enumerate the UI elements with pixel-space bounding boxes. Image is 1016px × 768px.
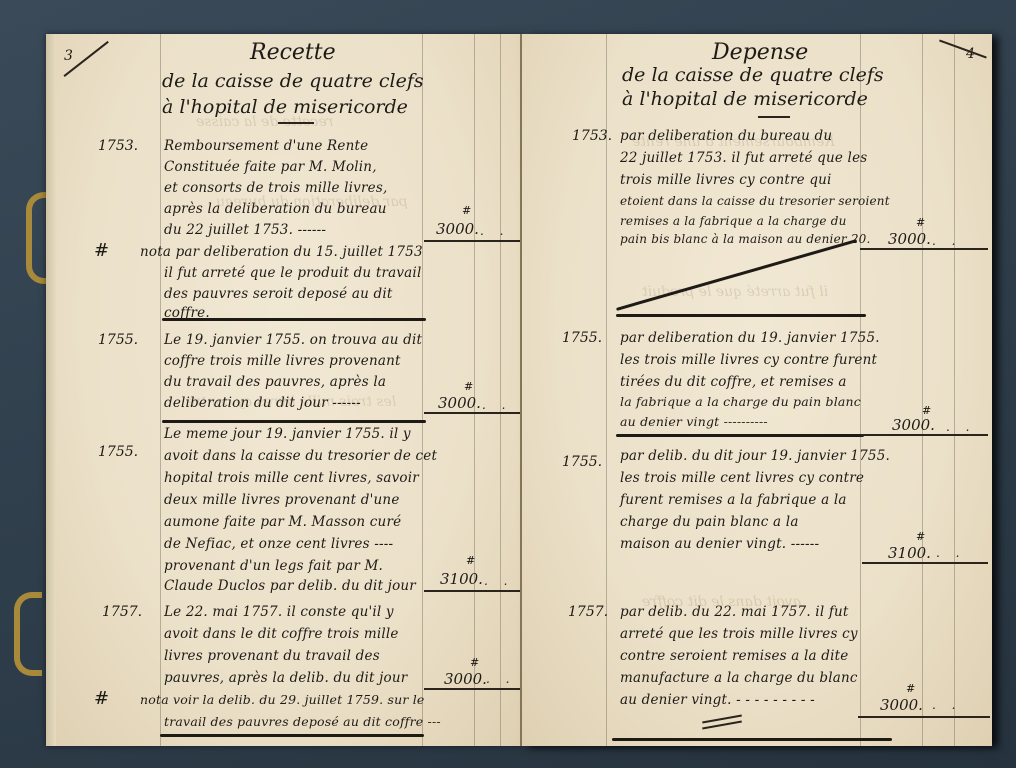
- entry-line: tirées du dit coffre, et remises a: [620, 374, 847, 390]
- page-subtitle-line-1: de la caisse de quatre clefs: [622, 64, 884, 86]
- entry-line: etoient dans la caisse du tresorier sero…: [620, 194, 890, 208]
- page-edge: [46, 34, 56, 746]
- left-page: recette de la caisse par deliberation du…: [46, 34, 522, 746]
- entry-line: Le meme jour 19. janvier 1755. il y: [164, 426, 411, 442]
- entry-line: Claude Duclos par delib. du dit jour: [164, 578, 416, 594]
- note-marker: #: [94, 688, 109, 709]
- entry-line: pauvres, après la delib. du dit jour: [164, 670, 407, 686]
- entry-amount: 3000.: [438, 394, 481, 412]
- livres-mark: #: [466, 554, 475, 567]
- amount-rule: [424, 412, 520, 414]
- livres-mark: #: [922, 404, 931, 417]
- entry-trailing-dots: . .: [946, 420, 975, 434]
- entry-line: par deliberation du 19. janvier 1755.: [620, 330, 880, 346]
- amount-column-line: [422, 34, 423, 746]
- entry-trailing-dots: . .: [482, 398, 511, 412]
- amount-column-line: [922, 34, 923, 746]
- page-title: Depense: [712, 40, 808, 65]
- note-line: il fut arreté que le produit du travail: [164, 265, 421, 281]
- amount-rule: [860, 434, 988, 436]
- entry-line: aumone faite par M. Masson curé: [164, 514, 401, 530]
- entry-line: coffre trois mille livres provenant: [164, 353, 401, 369]
- entry-line: 22 juillet 1753. il fut arreté que les: [620, 150, 867, 166]
- livres-mark: #: [464, 380, 473, 393]
- section-rule: [160, 734, 424, 737]
- entry-line: hopital trois mille cent livres, savoir: [164, 470, 419, 486]
- amount-column-line: [954, 34, 955, 746]
- entry-amount: 3000.: [436, 220, 479, 238]
- livres-mark: #: [470, 656, 479, 669]
- entry-year: 1755.: [562, 330, 602, 346]
- amount-rule: [424, 590, 520, 592]
- amount-column-line: [500, 34, 501, 746]
- page-subtitle-line-2: à l'hopital de misericorde: [622, 88, 868, 110]
- entry-line: furent remises a la fabrique a la: [620, 492, 847, 508]
- amount-rule: [424, 688, 520, 690]
- entry-line: au denier vingt. - - - - - - - - -: [620, 692, 815, 708]
- entry-line: livres provenant du travail des: [164, 648, 380, 664]
- entry-line: avoit dans la caisse du tresorier de cet: [164, 448, 437, 464]
- amount-rule: [860, 248, 988, 250]
- entry-amount: 3000.: [888, 230, 931, 248]
- entry-line: les trois mille livres cy contre furent: [620, 352, 877, 368]
- entry-year: 1755.: [98, 444, 138, 460]
- section-rule: [616, 434, 864, 437]
- entry-year: 1755.: [562, 454, 602, 470]
- livres-mark: #: [916, 216, 925, 229]
- entry-line: remises a la fabrique a la charge du: [620, 214, 847, 228]
- section-rule: [162, 420, 426, 423]
- note-line: travail des pauvres deposé au dit coffre…: [164, 714, 441, 729]
- entry-line: les trois mille cent livres cy contre: [620, 470, 864, 486]
- entry-line: manufacture a la charge du blanc: [620, 670, 858, 686]
- entry-line: par deliberation du bureau du: [620, 128, 832, 144]
- note-marker: #: [94, 240, 109, 261]
- amount-column-line: [474, 34, 475, 746]
- entry-year: 1757.: [102, 604, 142, 620]
- section-rule: [612, 738, 892, 741]
- entry-year: 1755.: [98, 332, 138, 348]
- entry-line: deux mille livres provenant d'une: [164, 492, 400, 508]
- entry-line: charge du pain blanc a la: [620, 514, 799, 530]
- entry-line: arreté que les trois mille livres cy: [620, 626, 858, 642]
- entry-line: deliberation du dit jour ------: [164, 395, 361, 411]
- livres-mark: #: [916, 530, 925, 543]
- entry-year: 1753.: [572, 128, 612, 144]
- entry-amount: 3000.: [444, 670, 487, 688]
- binding-ribbon-bottom: [14, 592, 42, 676]
- entry-line: maison au denier vingt. ------: [620, 536, 819, 552]
- livres-mark: #: [906, 682, 915, 695]
- entry-trailing-dots: . .: [932, 698, 961, 712]
- entry-line: après la deliberation du bureau: [164, 201, 387, 217]
- amount-rule: [858, 716, 990, 718]
- entry-line: la fabrique a la charge du pain blanc: [620, 394, 861, 409]
- entry-line: Le 19. janvier 1755. on trouva au dit: [164, 332, 422, 348]
- amount-rule: [424, 240, 520, 242]
- entry-year: 1753.: [98, 138, 138, 154]
- entry-amount: 3100.: [888, 544, 931, 562]
- entry-line: par delib. du dit jour 19. janvier 1755.: [620, 448, 890, 464]
- folio-number: 4: [966, 46, 975, 62]
- page-subtitle-line-1: de la caisse de quatre clefs: [162, 70, 424, 92]
- livres-mark: #: [462, 204, 471, 217]
- title-underline: [758, 116, 790, 118]
- entry-amount: 3000.: [892, 416, 935, 434]
- entry-trailing-dots: . .: [932, 234, 961, 248]
- section-rule: [616, 314, 866, 317]
- amount-column-line: [860, 34, 861, 746]
- section-rule: [162, 318, 426, 321]
- margin-line: [160, 34, 161, 746]
- entry-trailing-dots: . .: [936, 546, 965, 560]
- entry-line: provenant d'un legs fait par M.: [164, 558, 383, 574]
- entry-trailing-dots: . .: [480, 224, 509, 238]
- title-underline: [278, 122, 314, 124]
- entry-line: au denier vingt ----------: [620, 414, 768, 429]
- folio-stroke: [939, 39, 986, 58]
- entry-line: Remboursement d'une Rente: [164, 138, 368, 154]
- note-line: nota par deliberation du 15. juillet 175…: [140, 244, 423, 260]
- entry-line: contre seroient remises a la dite: [620, 648, 848, 664]
- entry-trailing-dots: . .: [484, 574, 513, 588]
- entry-amount: 3000.: [880, 696, 923, 714]
- page-title: Recette: [250, 40, 336, 65]
- entry-amount: 3100.: [440, 570, 483, 588]
- note-line: des pauvres seroit deposé au dit: [164, 286, 392, 302]
- entry-line: et consorts de trois mille livres,: [164, 180, 387, 196]
- entry-line: Constituée faite par M. Molin,: [164, 159, 377, 175]
- entry-line: de Nefiac, et onze cent livres ----: [164, 536, 393, 552]
- note-line: nota voir la delib. du 29. juillet 1759.…: [140, 692, 425, 707]
- entry-year: 1757.: [568, 604, 608, 620]
- entry-trailing-dots: . .: [486, 672, 515, 686]
- right-page: Remboursement d'une rente il fut arreté …: [522, 34, 992, 746]
- entry-line: trois mille livres cy contre qui: [620, 172, 832, 188]
- entry-line: du 22 juillet 1753. ------: [164, 222, 326, 238]
- page-subtitle-line-2: à l'hopital de misericorde: [162, 96, 408, 118]
- entry-line: par delib. du 22. mai 1757. il fut: [620, 604, 849, 620]
- folio-number: 3: [64, 48, 73, 64]
- amount-rule: [862, 562, 988, 564]
- entry-line: avoit dans le dit coffre trois mille: [164, 626, 399, 642]
- entry-line: du travail des pauvres, après la: [164, 374, 386, 390]
- entry-line: Le 22. mai 1757. il conste qu'il y: [164, 604, 394, 620]
- entry-line: pain bis blanc à la maison au denier 20.: [620, 232, 871, 246]
